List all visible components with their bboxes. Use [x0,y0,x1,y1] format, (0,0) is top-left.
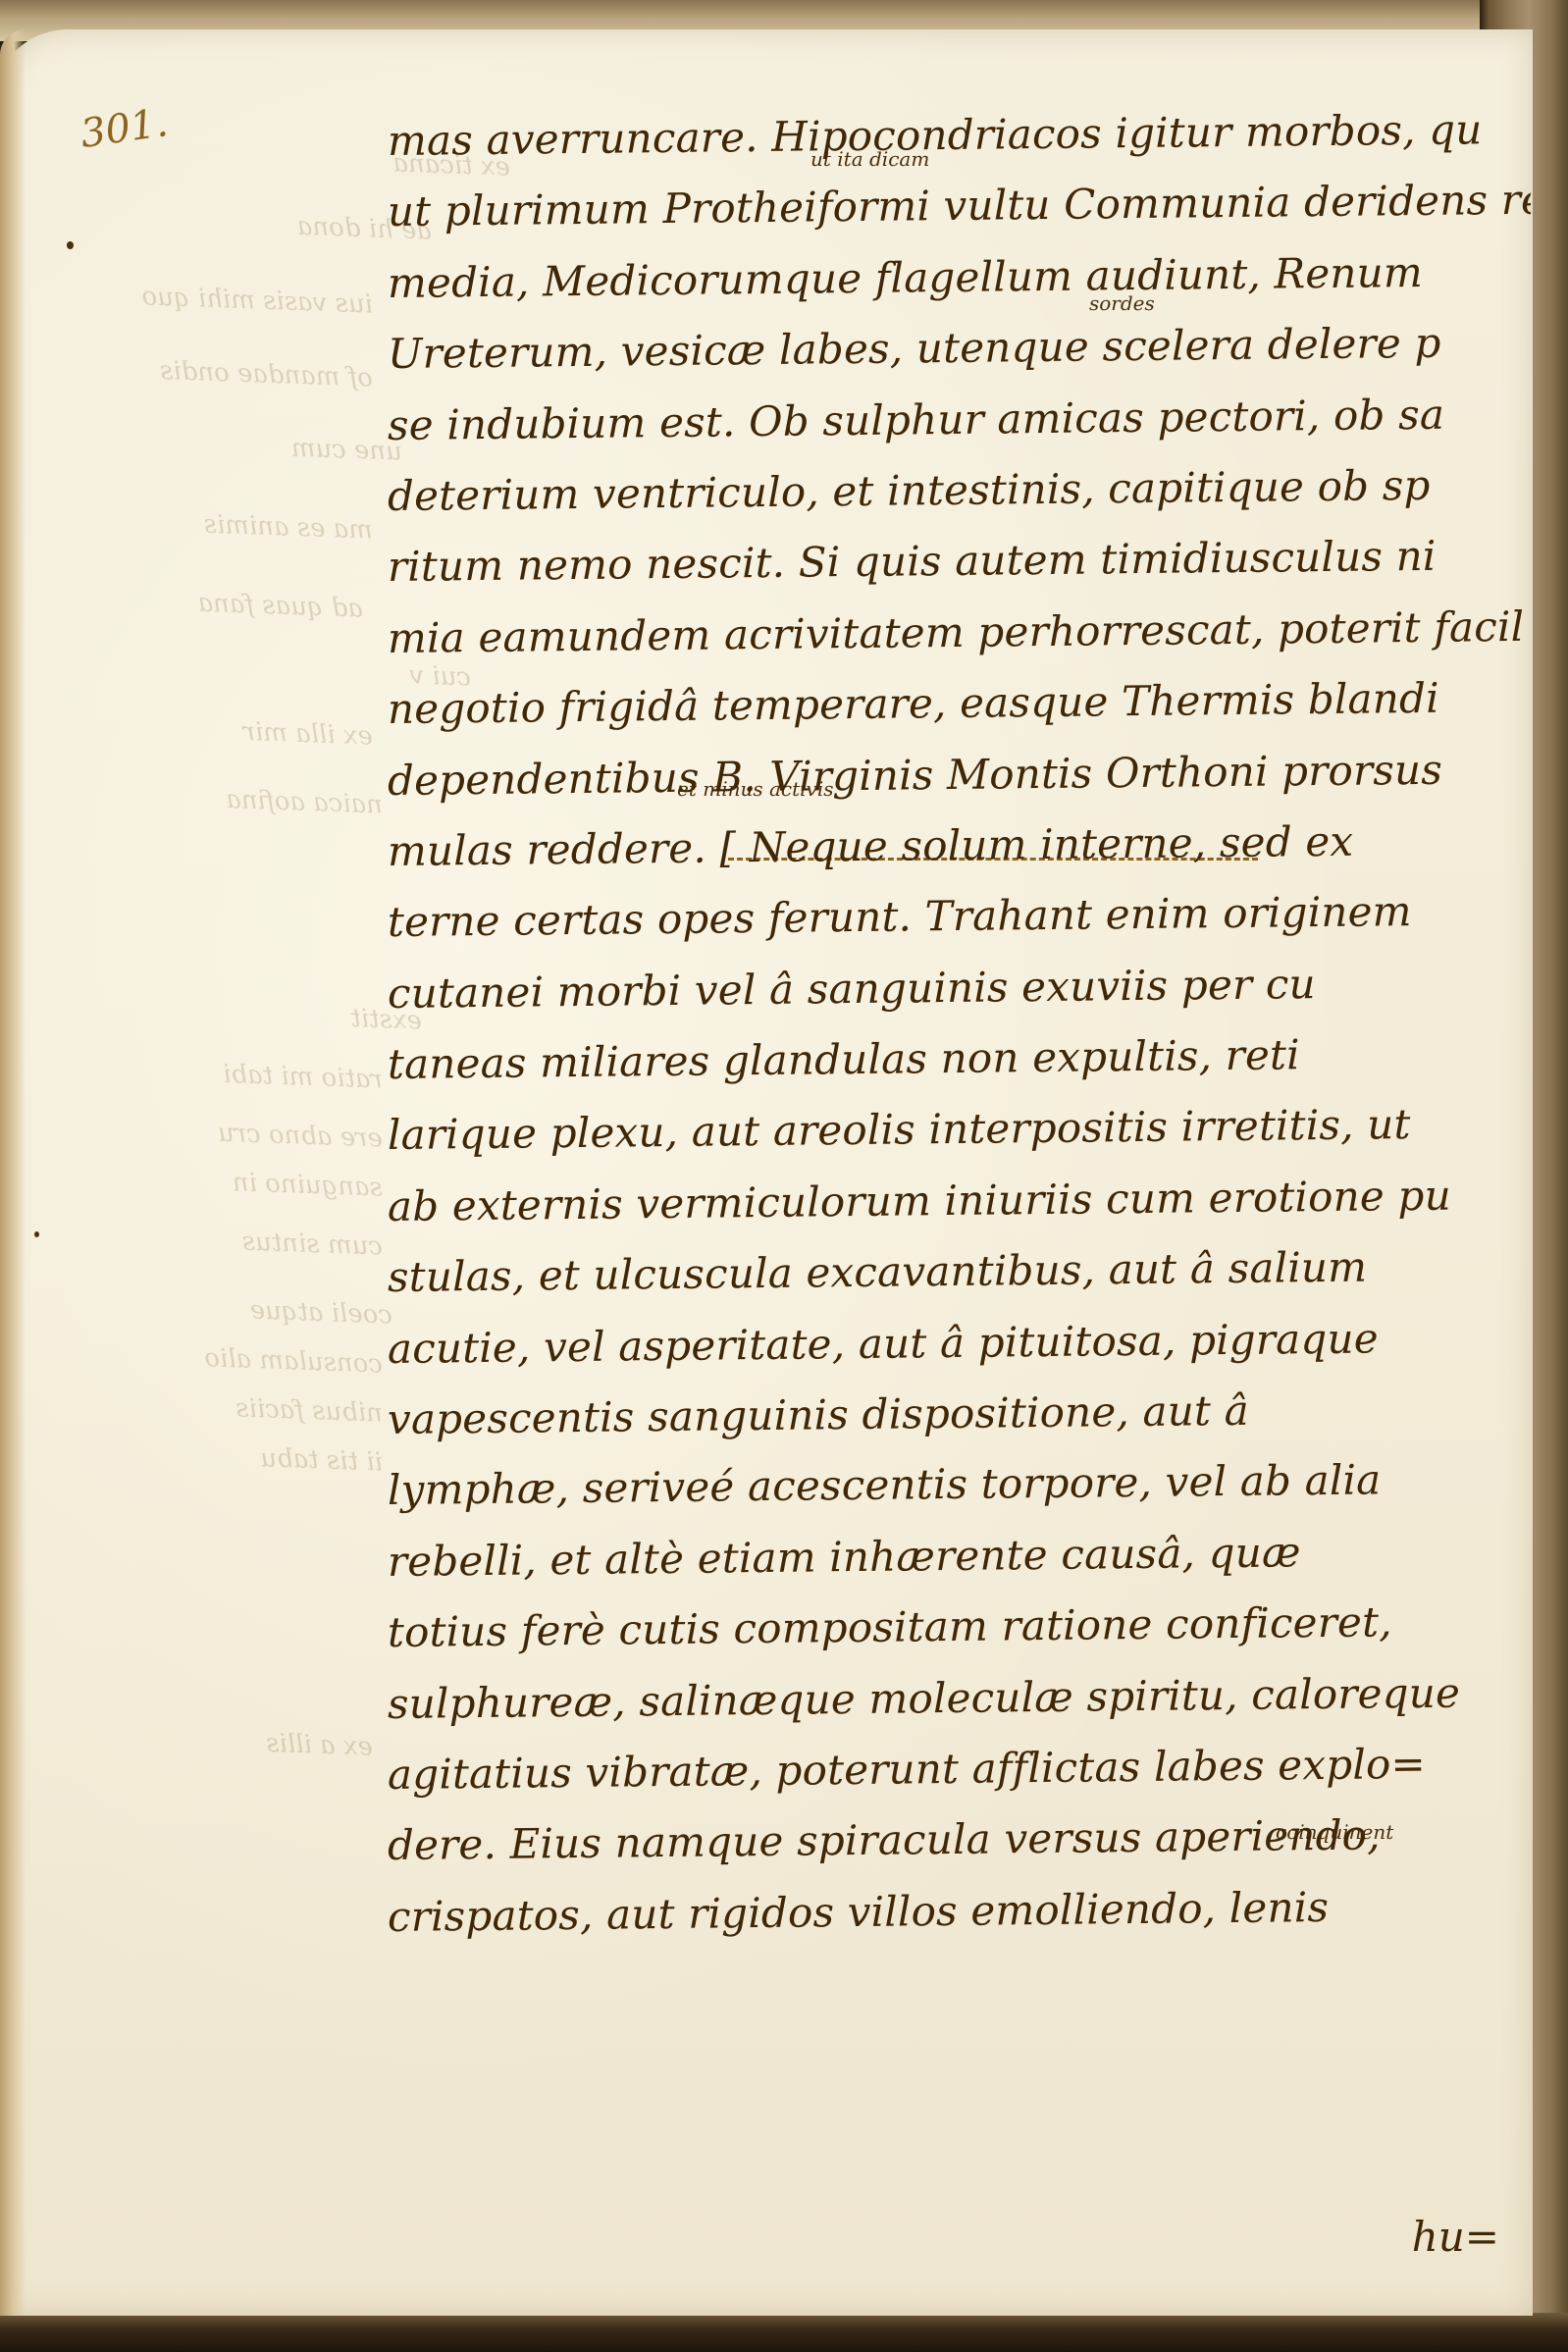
text-line: rebelli, et altè etiam inhærente causâ, … [388,1515,1532,1598]
text-line: mulas reddere. [ Neque solum interne, se… [388,805,1532,888]
text-line: totius ferè cutis compositam ratione con… [388,1586,1532,1669]
text-line: cutanei morbi vel â sanguinis exuviis pe… [388,946,1532,1029]
text-line: lymphæ, seriveé acescentis torpore, vel … [388,1443,1532,1527]
catchword: hu= [1412,2213,1499,2261]
text-line: acutie, vel asperitate, aut â pituitosa,… [388,1301,1532,1385]
text-line: taneas miliares glandulas non expultis, … [388,1018,1532,1101]
text-line: deterium ventriculo, et intestinis, capi… [388,449,1532,533]
text-line: se indubium est. Ob sulphur amicas pecto… [388,378,1532,461]
text-line: ritum nemo nescit. Si quis autem timidiu… [388,520,1532,603]
page-bottom-edge [0,2313,1568,2352]
text-line: negotio frigidâ temperare, easque Thermi… [388,662,1532,746]
ink-dot [34,1231,39,1237]
text-line: stulas, et ulcuscula excavantibus, aut â… [388,1230,1532,1314]
text-line: ab externis vermiculorum iniuriis cum er… [388,1160,1532,1243]
text-line: dependentibus B. Virginis Montis Orthoni… [388,733,1532,816]
text-line: terne certas opes ferunt. Trahant enim o… [388,875,1532,959]
manuscript-text-block: mas averruncare. Hipocondriacos igitur m… [388,106,1531,1953]
text-line: ut plurimum Protheiformi vultu Communia … [388,165,1532,248]
text-line: Ureterum, vesicæ labes, utenque scelera … [388,307,1532,391]
text-line: dere. Eius namque spiracula versus aperi… [388,1799,1532,1882]
text-line: larique plexu, aut areolis interpositis … [388,1088,1532,1172]
text-line: mia eamundem acrivitatem perhorrescat, p… [388,592,1532,675]
ink-dot [67,241,74,249]
page-gutter [0,29,26,2316]
text-line: sulphureæ, salinæque moleculæ spiritu, c… [388,1656,1532,1740]
text-line: agitatius vibratæ, poterunt afflictas la… [388,1728,1532,1811]
text-line: mas averruncare. Hipocondriacos igitur m… [388,94,1532,178]
text-line: media, Medicorumque flagellum audiunt, R… [388,236,1532,320]
text-line: crispatos, aut rigidos villos emolliendo… [388,1870,1532,1954]
text-line: vapescentis sanguinis dispositione, aut … [388,1373,1532,1456]
